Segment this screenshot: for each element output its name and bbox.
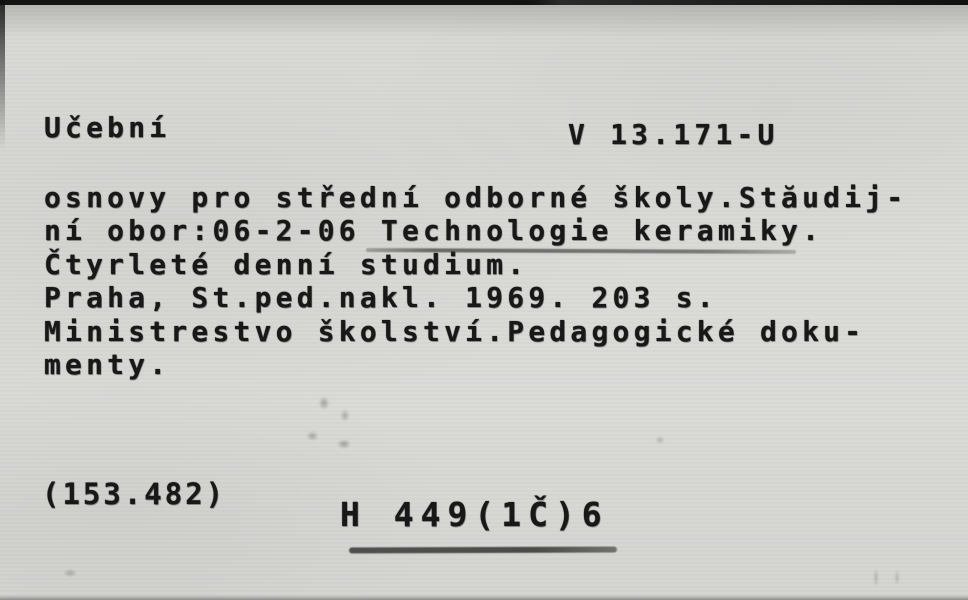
classification-number: (153.482) bbox=[42, 480, 226, 509]
ink-smudge bbox=[640, 425, 680, 455]
card-top-shadow bbox=[0, 5, 968, 37]
ink-smudge bbox=[306, 388, 366, 438]
body-line-2: ní obor:06-2-06 Technologie keramiky. bbox=[44, 217, 823, 245]
shelfmark: H 449(1Č)6 bbox=[340, 498, 609, 531]
pencil-mark bbox=[855, 560, 925, 595]
shelfmark-underline bbox=[349, 547, 617, 554]
call-number: V 13.171-U bbox=[568, 121, 779, 149]
catalog-card-scan: Učební V 13.171-U osnovy pro střední odb… bbox=[0, 0, 968, 600]
ink-smudge bbox=[295, 420, 365, 460]
body-line-4: Praha, St.ped.nakl. 1969. 203 s. bbox=[44, 284, 718, 312]
body-line-1: osnovy pro střední odborné školy.Stăudij… bbox=[44, 184, 907, 212]
card-heading: Učební bbox=[44, 114, 170, 142]
pencil-mark bbox=[45, 558, 95, 588]
body-line-3: Čtyrleté denní studium. bbox=[44, 251, 528, 279]
card-bottom-edge bbox=[0, 595, 968, 600]
body-line-6: menty. bbox=[44, 351, 170, 379]
body-line-5: Ministrestvo školství.Pedagogické doku- bbox=[44, 318, 865, 346]
card-left-edge bbox=[0, 0, 5, 150]
